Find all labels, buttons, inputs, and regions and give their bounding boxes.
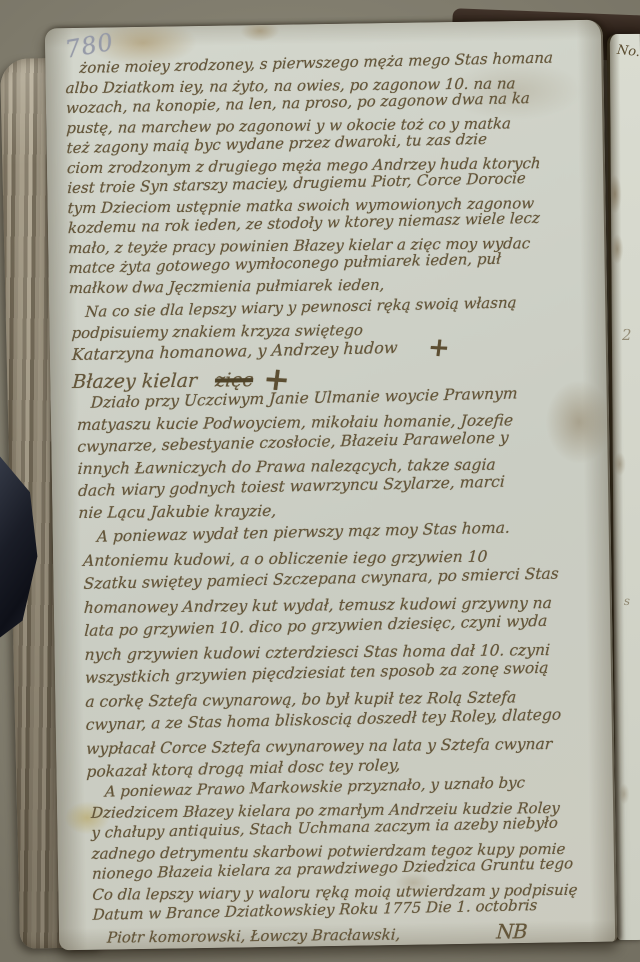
paragraph-confirmation: A poniewaz Prawo Markowskie przyznało, y… bbox=[91, 774, 579, 948]
signature-text: Piotr komorowski, Łowczy Bracławski, bbox=[106, 925, 400, 946]
facing-page-number-label: No. bbox=[616, 43, 640, 61]
paragraph-witnesses: Działo przy Uczciwym Janie Ulmanie woyci… bbox=[77, 385, 520, 524]
ink-bleed-fragment: s bbox=[624, 594, 630, 608]
photo-of-manuscript: 780 żonie moiey zrodzoney, s pierwszego … bbox=[0, 0, 640, 962]
manuscript-page: 780 żonie moiey zrodzoney, s pierwszego … bbox=[45, 20, 617, 951]
notary-monogram: NB bbox=[496, 919, 528, 943]
signature-cross-mark: + bbox=[426, 338, 450, 360]
signature-line-komorowski: Piotr komorowski, Łowczy Bracławski,NB bbox=[106, 920, 578, 947]
paragraph-signatures: Na co sie dla lepszy wiary y pewnosci rę… bbox=[71, 295, 518, 393]
paragraph-bequest: żonie moiey zrodzoney, s pierwszego męża… bbox=[65, 50, 556, 298]
paragraph-payments: A poniewaz wydał ten pierwszy mąz moy St… bbox=[83, 518, 562, 784]
ink-bleed-fragment: 2 bbox=[622, 326, 632, 344]
